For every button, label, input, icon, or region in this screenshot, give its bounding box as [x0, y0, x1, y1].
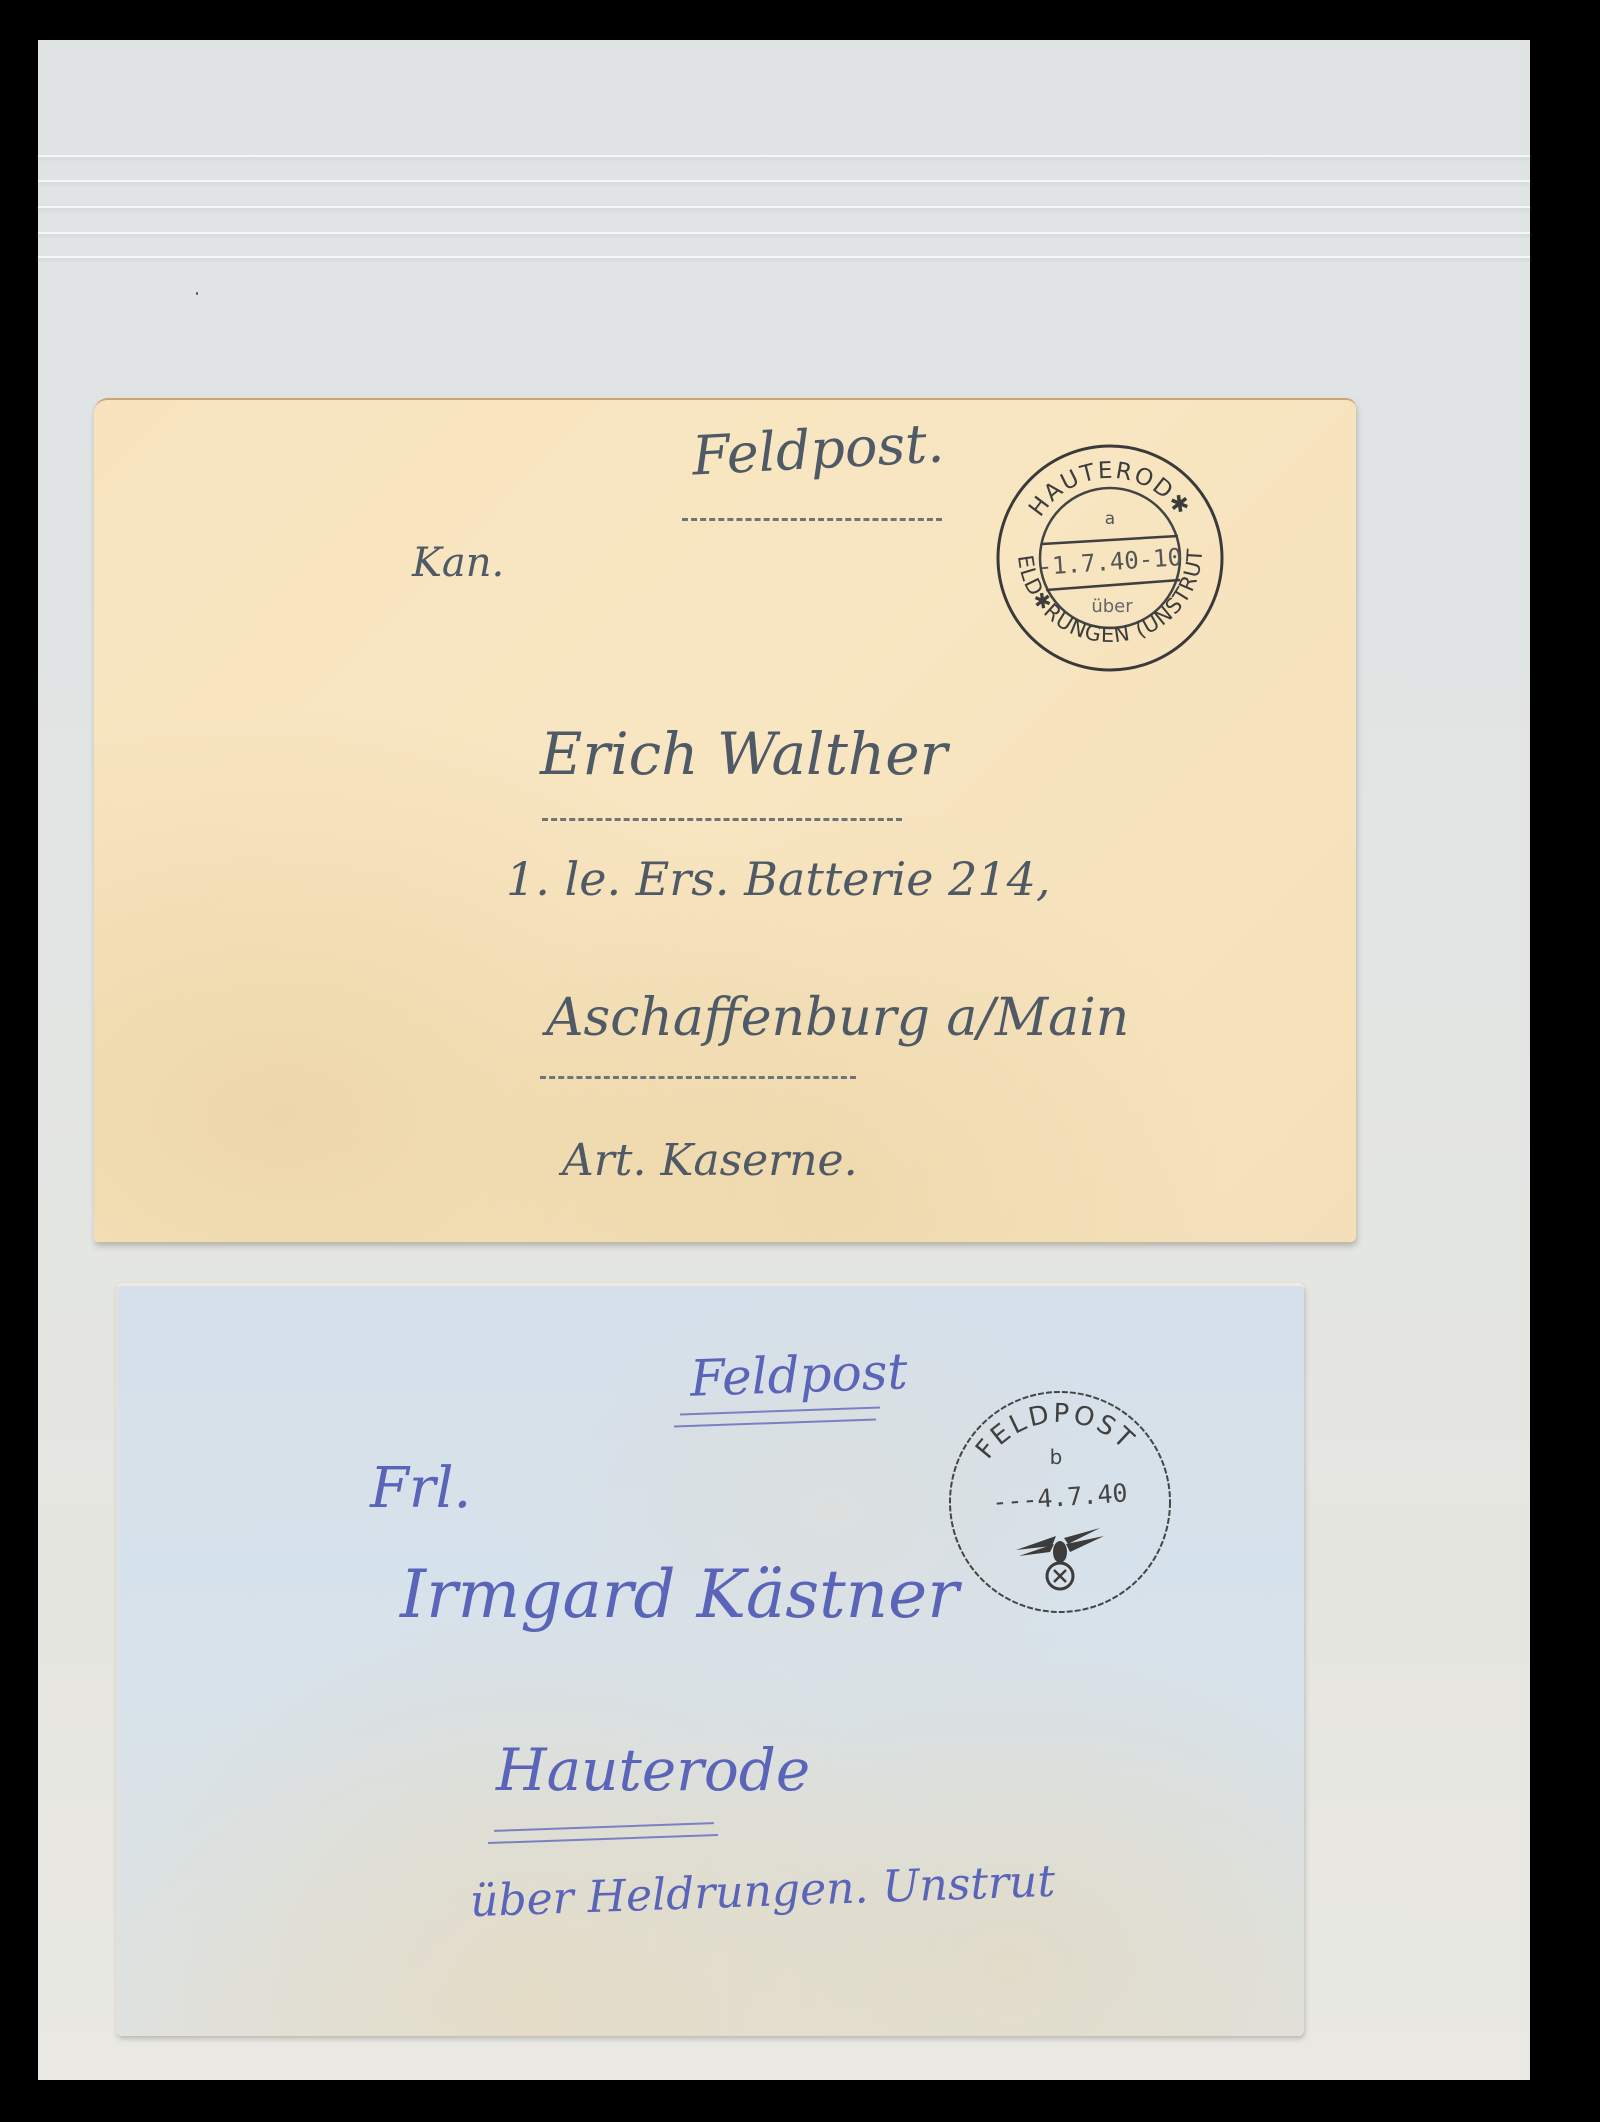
mount-strip	[38, 206, 1530, 208]
svg-text:---4.7.40: ---4.7.40	[991, 1478, 1128, 1516]
postmark-hauterode: HAUTEROD✱ HELD✱RUNGEN (UNSTRUT) a -1.7.4…	[992, 440, 1228, 676]
envelope-bottom[interactable]: Feldpost Frl. Irmgard Kästner Hauterode …	[116, 1283, 1304, 2036]
recipient-city: Aschaffenburg a/Main	[546, 988, 1129, 1048]
svg-text:-1.7.40-10: -1.7.40-10	[1037, 543, 1183, 581]
underline	[542, 818, 902, 821]
underline	[680, 1407, 880, 1416]
mount-strip	[38, 155, 1530, 157]
mount-strip	[38, 232, 1530, 234]
recipient-name: Irmgard Kästner	[400, 1556, 959, 1633]
recipient-unit: 1. le. Ers. Batterie 214,	[506, 852, 1051, 906]
recipient-salutation: Frl.	[370, 1456, 471, 1521]
mount-strip	[38, 180, 1530, 182]
underline	[540, 1076, 856, 1079]
underline	[674, 1418, 876, 1427]
service-marking: Feldpost.	[691, 411, 946, 487]
svg-text:a: a	[1105, 509, 1115, 529]
underline	[682, 518, 942, 521]
service-marking: Feldpost	[689, 1342, 908, 1408]
postmark-icon: HAUTEROD✱ HELD✱RUNGEN (UNSTRUT) a -1.7.4…	[992, 440, 1228, 676]
svg-text:über: über	[1091, 596, 1133, 617]
postmark-feldpost: FELDPOST b ---4.7.40	[944, 1386, 1176, 1618]
dust-speck	[196, 292, 198, 295]
recipient-town: Hauterode	[496, 1736, 810, 1804]
recipient-barracks: Art. Kaserne.	[562, 1135, 858, 1186]
mount-strip	[38, 256, 1530, 258]
album-page: Feldpost. Kan. Erich Walther 1. le. Ers.…	[38, 40, 1530, 2080]
recipient-via: über Heldrungen. Unstrut	[469, 1856, 1056, 1927]
svg-text:b: b	[1050, 1445, 1063, 1469]
recipient-rank: Kan.	[412, 540, 504, 586]
postmark-icon: FELDPOST b ---4.7.40	[944, 1386, 1176, 1618]
underline	[494, 1822, 714, 1832]
eagle-emblem-icon	[1016, 1528, 1104, 1589]
underline	[488, 1834, 718, 1844]
recipient-name: Erich Walther	[540, 720, 947, 788]
envelope-top[interactable]: Feldpost. Kan. Erich Walther 1. le. Ers.…	[94, 398, 1356, 1242]
